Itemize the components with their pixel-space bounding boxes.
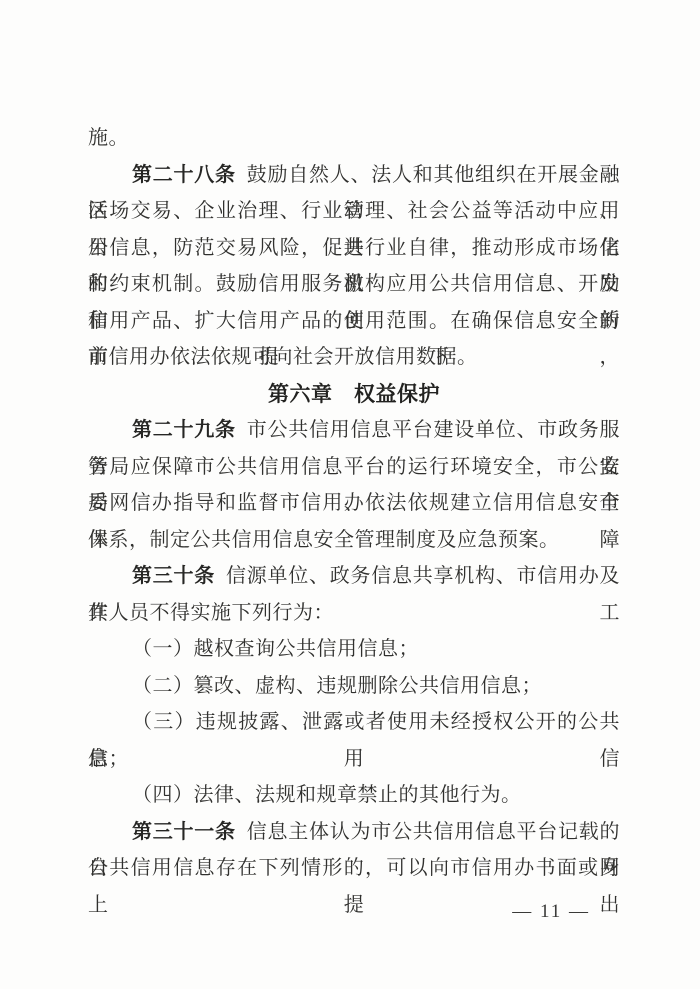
article-31-number: 第三十一条 [132,821,236,843]
document-page: 施。 第二十八条鼓励自然人、法人和其他组织在开展金融活动、 区场交易、企业治理、… [0,0,700,989]
article-28-line: 区场交易、企业治理、行业管理、社会公益等活动中应用公共信 [88,193,620,230]
continuation-line: 施。 [88,120,620,157]
list-item-4: （四）法律、法规和规章禁止的其他行为。 [88,777,620,814]
article-28-line: 用信息，防范交易风险，促进行业自律，推动形成市场化的激励 [88,230,620,267]
list-item-2: （二）篡改、虚构、违规删除公共信用信息； [88,668,620,705]
document-body: 施。 第二十八条鼓励自然人、法人和其他组织在开展金融活动、 区场交易、企业治理、… [88,120,620,887]
list-item-3-first-line: （三）违规披露、泄露或者使用未经授权公开的公共信用信 [88,704,620,741]
article-28-first-line: 第二十八条鼓励自然人、法人和其他组织在开展金融活动、 [88,157,620,194]
article-28-line: 信用产品、扩大信用产品的使用范围。在确保信息安全的前提下， [88,303,620,340]
article-30-first-line: 第三十条信源单位、政务信息共享机构、市信用办及其工 [88,558,620,595]
list-item-1: （一）越权查询公共信用信息； [88,631,620,668]
article-29-line: 委网信办指导和监督市信用办依法依规建立信用信息安全保障 [88,485,620,522]
article-29-line: 管局应保障市公共信用信息平台的运行环境安全，市公安局、市 [88,449,620,486]
page-number: — 11 — [512,901,590,923]
chapter-6-heading: 第六章 权益保护 [88,376,620,413]
article-29-last-line: 体系，制定公共信用信息安全管理制度及应急预案。 [88,522,620,559]
article-28-line: 和约束机制。鼓励信用服务机构应用公共信用信息、开发和创新 [88,266,620,303]
article-29-number: 第二十九条 [132,419,236,441]
article-28-number: 第二十八条 [132,164,236,186]
article-29-first-line: 第二十九条市公共信用信息平台建设单位、市政务服务监 [88,412,620,449]
article-30-number: 第三十条 [132,565,215,587]
article-31-line: 公共信用信息存在下列情形的，可以向市信用办书面或网上提出 [88,850,620,887]
article-31-first-line: 第三十一条信息主体认为市公共信用信息平台记载的自身 [88,814,620,851]
